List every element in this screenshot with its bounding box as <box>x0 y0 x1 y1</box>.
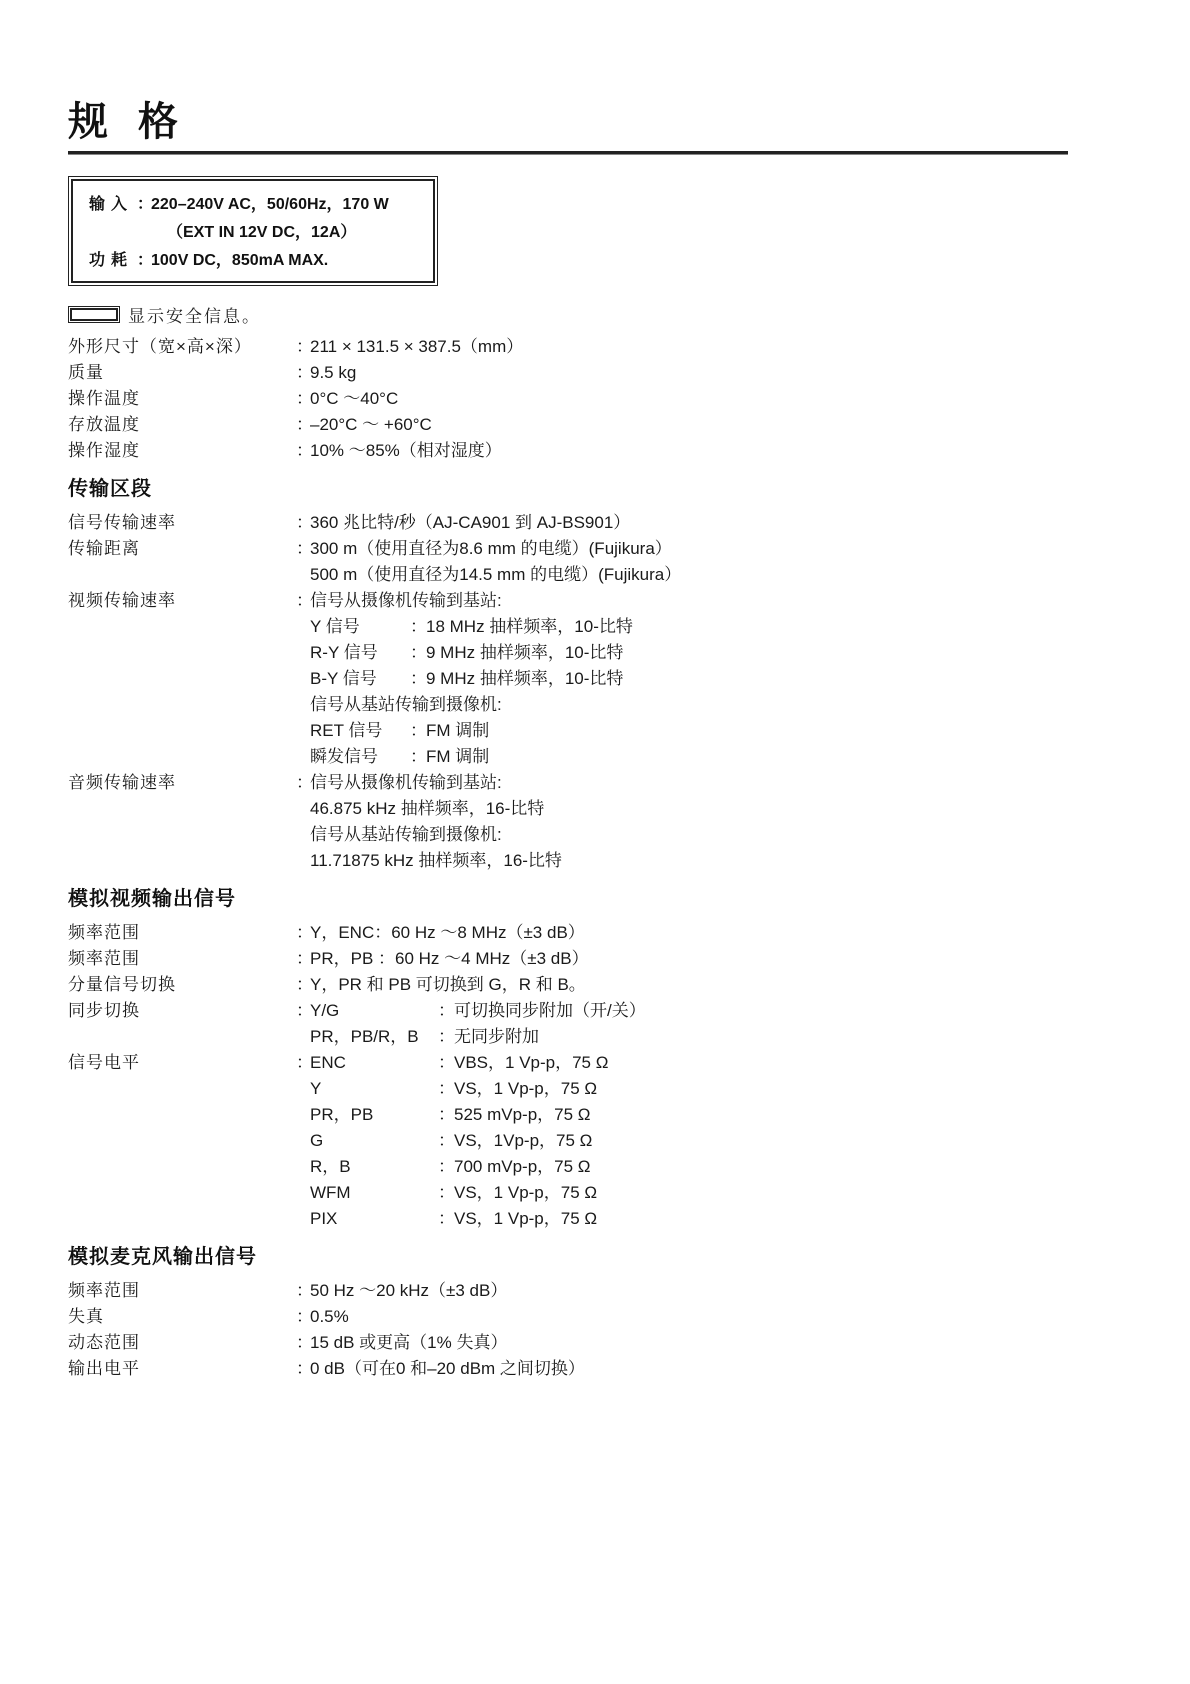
spec-value: 信号从摄像机传输到基站: <box>310 770 1068 796</box>
spec-row-mic-output-level: 输出电平 ： 0 dB（可在0 和–20 dBm 之间切换） <box>68 1356 1068 1382</box>
colon: ： <box>137 247 151 275</box>
power-input-row-ext: （EXT IN 12V DC，12A） <box>89 219 433 247</box>
spec-row-operating-temp: 操作温度 ： 0°C ～40°C <box>68 386 1068 412</box>
sub-value: 无同步附加 <box>454 1027 539 1046</box>
sub-label: R，B <box>310 1154 438 1180</box>
colon: ： <box>438 1154 454 1180</box>
sub-value: VS，1 Vp-p，75 Ω <box>454 1183 597 1202</box>
colon: ： <box>296 1050 310 1076</box>
power-consumption-value: 100V DC，850mA MAX. <box>151 247 328 275</box>
sub-label: WFM <box>310 1180 438 1206</box>
colon: ： <box>296 1356 310 1382</box>
sub-value: VS，1 Vp-p，75 Ω <box>454 1079 597 1098</box>
sub-value: VBS，1 Vp-p，75 Ω <box>454 1053 608 1072</box>
sub-label: G <box>310 1128 438 1154</box>
spec-subrow: R-Y 信号：9 MHz 抽样频率，10-比特 <box>68 640 1068 666</box>
colon: ： <box>137 191 151 219</box>
spec-row-mic-freq: 频率范围 ： 50 Hz ～20 kHz（±3 dB） <box>68 1278 1068 1304</box>
spec-label: 分量信号切换 <box>68 972 296 998</box>
spec-value: 15 dB 或更高（1% 失真） <box>310 1330 1068 1356</box>
colon: ： <box>296 360 310 386</box>
spec-value: 0°C ～40°C <box>310 386 1068 412</box>
spec-subrow: PR，PB：525 mVp-p，75 Ω <box>68 1102 1068 1128</box>
colon: ： <box>296 972 310 998</box>
spec-value: Y，PR 和 PB 可切换到 G，R 和 B。 <box>310 972 1068 998</box>
spec-value: 46.875 kHz 抽样频率，16-比特 <box>310 796 1068 822</box>
spec-row-mic-dynamic-range: 动态范围 ： 15 dB 或更高（1% 失真） <box>68 1330 1068 1356</box>
spec-value: 0 dB（可在0 和–20 dBm 之间切换） <box>310 1356 1068 1382</box>
spec-content: 外形尺寸（宽×高×深） ： 211 × 131.5 × 387.5（mm） 质量… <box>68 334 1068 1382</box>
spec-row-freq-range-2: 频率范围 ： PR，PB ：60 Hz ～4 MHz（±3 dB） <box>68 946 1068 972</box>
spec-row-freq-range-1: 频率范围 ： Y，ENC：60 Hz ～8 MHz（±3 dB） <box>68 920 1068 946</box>
colon: ： <box>296 998 310 1024</box>
power-input-ext-value: （EXT IN 12V DC，12A） <box>167 219 356 247</box>
colon: ： <box>438 1076 454 1102</box>
power-consumption-row: 功耗 ： 100V DC，850mA MAX. <box>89 247 433 275</box>
spec-row-signal-level: 信号电平 ： ENC：VBS，1 Vp-p，75 Ω <box>68 1050 1068 1076</box>
section-heading-transmission: 传输区段 <box>68 474 1068 502</box>
sub-label: RET 信号 <box>310 718 410 744</box>
spec-label: 质量 <box>68 360 296 386</box>
spec-value: 9.5 kg <box>310 360 1068 386</box>
spec-row-distance: 传输距离 ： 300 m（使用直径为8.6 mm 的电缆）(Fujikura） <box>68 536 1068 562</box>
safety-note-text: 显示安全信息。 <box>128 302 261 327</box>
spec-subrow: 11.71875 kHz 抽样频率，16-比特 <box>68 848 1068 874</box>
colon: ： <box>296 588 310 614</box>
spec-value: PR，PB ：60 Hz ～4 MHz（±3 dB） <box>310 946 1068 972</box>
spec-value: Y，ENC：60 Hz ～8 MHz（±3 dB） <box>310 920 1068 946</box>
spec-value: 信号从基站传输到摄像机: <box>310 822 1068 848</box>
spec-label: 操作温度 <box>68 386 296 412</box>
sub-label: PR，PB/R，B <box>310 1024 438 1050</box>
colon: ： <box>438 1180 454 1206</box>
sub-label: B-Y 信号 <box>310 666 410 692</box>
sub-value: 9 MHz 抽样频率，10-比特 <box>426 643 623 662</box>
section-heading-analog-mic: 模拟麦克风输出信号 <box>68 1242 1068 1270</box>
sub-label: Y <box>310 1076 438 1102</box>
colon: ： <box>438 1102 454 1128</box>
spec-value: 0.5% <box>310 1304 1068 1330</box>
spec-value: 信号从基站传输到摄像机: <box>310 692 1068 718</box>
colon: ： <box>296 536 310 562</box>
spec-label: 信号电平 <box>68 1050 296 1076</box>
colon: ： <box>410 614 426 640</box>
sub-label: Y 信号 <box>310 614 410 640</box>
spec-subrow: 信号从基站传输到摄像机: <box>68 692 1068 718</box>
sub-value: FM 调制 <box>426 721 489 740</box>
sub-label: 瞬发信号 <box>310 744 410 770</box>
power-consumption-label: 功耗 <box>89 247 137 275</box>
spec-row-weight: 质量 ： 9.5 kg <box>68 360 1068 386</box>
sub-value: 可切换同步附加（开/关） <box>454 1001 646 1020</box>
spec-row-sync-switch: 同步切换 ： Y/G：可切换同步附加（开/关） <box>68 998 1068 1024</box>
spec-row-distance-cont: 500 m（使用直径为14.5 mm 的电缆）(Fujikura） <box>68 562 1068 588</box>
sub-label: PIX <box>310 1206 438 1232</box>
sub-label: ENC <box>310 1050 438 1076</box>
sub-value: 700 mVp-p，75 Ω <box>454 1157 591 1176</box>
colon: ： <box>410 744 426 770</box>
spec-label: 频率范围 <box>68 946 296 972</box>
colon: ： <box>410 640 426 666</box>
spec-value: 300 m（使用直径为8.6 mm 的电缆）(Fujikura） <box>310 536 1068 562</box>
colon: ： <box>438 998 454 1024</box>
spec-subrow: 瞬发信号：FM 调制 <box>68 744 1068 770</box>
spec-label: 外形尺寸（宽×高×深） <box>68 334 296 360</box>
sub-value: VS，1Vp-p，75 Ω <box>454 1131 592 1150</box>
spec-label: 存放温度 <box>68 412 296 438</box>
spec-row-video-rate: 视频传输速率 ： 信号从摄像机传输到基站: <box>68 588 1068 614</box>
spec-label: 视频传输速率 <box>68 588 296 614</box>
colon: ： <box>438 1206 454 1232</box>
section-heading-analog-video: 模拟视频输出信号 <box>68 884 1068 912</box>
spec-label: 传输距离 <box>68 536 296 562</box>
spec-subrow: PIX：VS，1 Vp-p，75 Ω <box>68 1206 1068 1232</box>
spec-label: 动态范围 <box>68 1330 296 1356</box>
colon: ： <box>296 920 310 946</box>
spec-value: 500 m（使用直径为14.5 mm 的电缆）(Fujikura） <box>310 562 1068 588</box>
spec-value: –20°C ～ +60°C <box>310 412 1068 438</box>
power-rating-box: 输入 ： 220–240V AC，50/60Hz，170 W （EXT IN 1… <box>68 176 438 286</box>
spec-subrow: RET 信号：FM 调制 <box>68 718 1068 744</box>
spec-subrow: 信号从基站传输到摄像机: <box>68 822 1068 848</box>
colon: ： <box>296 1304 310 1330</box>
power-input-label: 输入 <box>89 191 137 219</box>
colon: ： <box>296 386 310 412</box>
spec-label: 操作湿度 <box>68 438 296 464</box>
spec-value: 50 Hz ～20 kHz（±3 dB） <box>310 1278 1068 1304</box>
spec-row-operating-humidity: 操作湿度 ： 10% ～85%（相对湿度） <box>68 438 1068 464</box>
power-input-row: 输入 ： 220–240V AC，50/60Hz，170 W <box>89 191 433 219</box>
colon: ： <box>410 666 426 692</box>
spec-subrow: Y：VS，1 Vp-p，75 Ω <box>68 1076 1068 1102</box>
colon: ： <box>296 334 310 360</box>
sub-value: VS，1 Vp-p，75 Ω <box>454 1209 597 1228</box>
spec-label: 信号传输速率 <box>68 510 296 536</box>
colon: ： <box>438 1050 454 1076</box>
title-divider <box>68 151 1068 155</box>
colon: ： <box>438 1024 454 1050</box>
colon: ： <box>410 718 426 744</box>
spec-label: 音频传输速率 <box>68 770 296 796</box>
sub-label: Y/G <box>310 998 438 1024</box>
spec-row-audio-rate: 音频传输速率 ： 信号从摄像机传输到基站: <box>68 770 1068 796</box>
spec-subrow: G：VS，1Vp-p，75 Ω <box>68 1128 1068 1154</box>
spec-value: 10% ～85%（相对湿度） <box>310 438 1068 464</box>
sub-value: 9 MHz 抽样频率，10-比特 <box>426 669 623 688</box>
spec-row-mic-distortion: 失真 ： 0.5% <box>68 1304 1068 1330</box>
spec-subrow: R，B：700 mVp-p，75 Ω <box>68 1154 1068 1180</box>
colon: ： <box>296 412 310 438</box>
safety-box-icon <box>68 306 120 323</box>
sub-value: 525 mVp-p，75 Ω <box>454 1105 591 1124</box>
colon: ： <box>296 1330 310 1356</box>
spec-row-component-switch: 分量信号切换 ： Y，PR 和 PB 可切换到 G，R 和 B。 <box>68 972 1068 998</box>
sub-value: FM 调制 <box>426 747 489 766</box>
spec-value: 211 × 131.5 × 387.5（mm） <box>310 334 1068 360</box>
colon: ： <box>438 1128 454 1154</box>
spec-value: 11.71875 kHz 抽样频率，16-比特 <box>310 848 1068 874</box>
sub-label: PR，PB <box>310 1102 438 1128</box>
spec-label: 频率范围 <box>68 920 296 946</box>
spec-value: 信号从摄像机传输到基站: <box>310 588 1068 614</box>
spec-subrow: 46.875 kHz 抽样频率，16-比特 <box>68 796 1068 822</box>
sub-value: 18 MHz 抽样频率，10-比特 <box>426 617 633 636</box>
spec-row-dimensions: 外形尺寸（宽×高×深） ： 211 × 131.5 × 387.5（mm） <box>68 334 1068 360</box>
safety-note: 显示安全信息。 <box>68 302 261 327</box>
colon: ： <box>296 438 310 464</box>
colon: ： <box>296 946 310 972</box>
spec-label: 频率范围 <box>68 1278 296 1304</box>
power-input-value: 220–240V AC，50/60Hz，170 W <box>151 191 389 219</box>
spec-subrow: Y 信号：18 MHz 抽样频率，10-比特 <box>68 614 1068 640</box>
spec-label: 失真 <box>68 1304 296 1330</box>
spec-value: 360 兆比特/秒（AJ-CA901 到 AJ-BS901） <box>310 510 1068 536</box>
spec-label: 同步切换 <box>68 998 296 1024</box>
spec-subrow: B-Y 信号：9 MHz 抽样频率，10-比特 <box>68 666 1068 692</box>
colon: ： <box>296 1278 310 1304</box>
spec-subrow: WFM：VS，1 Vp-p，75 Ω <box>68 1180 1068 1206</box>
sub-label: R-Y 信号 <box>310 640 410 666</box>
page-title: 规 格 <box>68 98 186 146</box>
spec-subrow: PR，PB/R，B：无同步附加 <box>68 1024 1068 1050</box>
spec-label: 输出电平 <box>68 1356 296 1382</box>
colon: ： <box>296 510 310 536</box>
spec-row-signal-rate: 信号传输速率 ： 360 兆比特/秒（AJ-CA901 到 AJ-BS901） <box>68 510 1068 536</box>
spec-row-storage-temp: 存放温度 ： –20°C ～ +60°C <box>68 412 1068 438</box>
colon: ： <box>296 770 310 796</box>
